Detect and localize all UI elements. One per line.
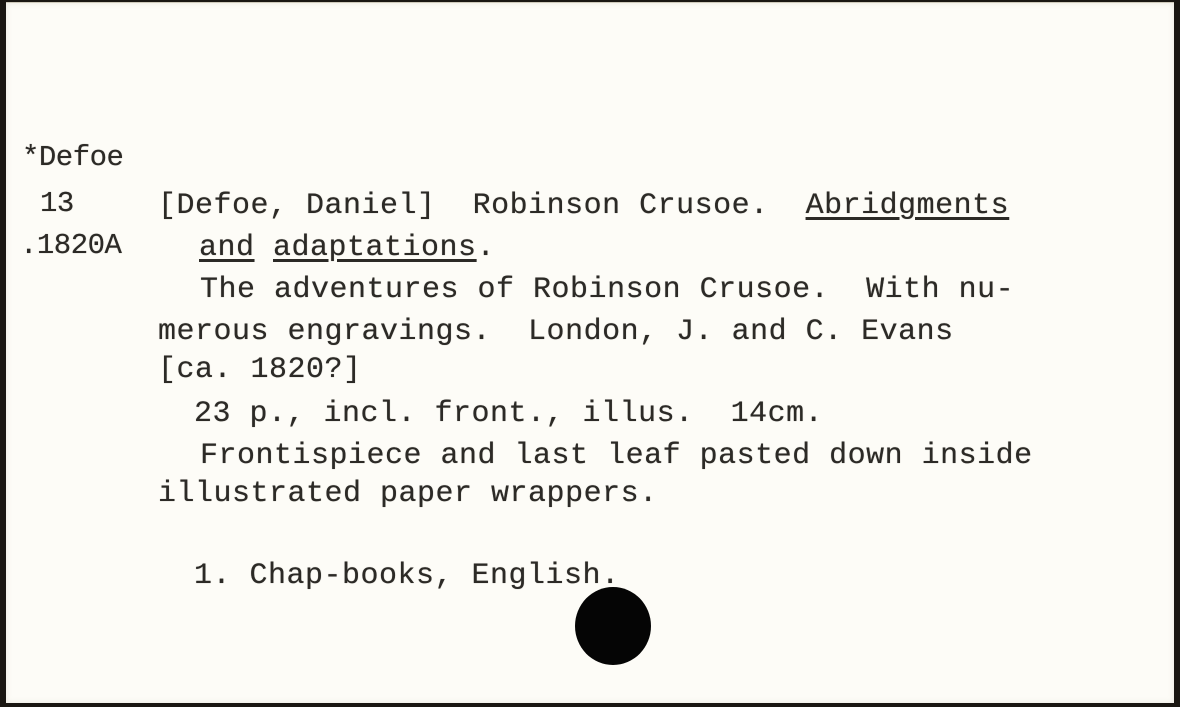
subject-subdivision-2b: adaptations	[273, 231, 477, 265]
title-line-1: The adventures of Robinson Crusoe. With …	[200, 275, 1014, 305]
subject-title: Robinson Crusoe.	[473, 189, 769, 223]
subject-subdivision-1: Abridgments	[806, 189, 1010, 223]
call-number-line-2: 13	[40, 189, 74, 218]
punch-hole	[575, 587, 651, 665]
heading-line-2: and adaptations.	[199, 233, 495, 263]
heading-line-1: [Defoe, Daniel] Robinson Crusoe. Abridgm…	[158, 191, 1009, 221]
title-line-3: [ca. 1820?]	[158, 355, 362, 385]
note-line-2: illustrated paper wrappers.	[158, 479, 658, 509]
call-number-line-3: .1820A	[20, 231, 121, 260]
collation: 23 p., incl. front., illus. 14cm.	[194, 399, 823, 429]
catalog-card: *Defoe 13 .1820A [Defoe, Daniel] Robinso…	[6, 2, 1174, 703]
title-line-2: merous engravings. London, J. and C. Eva…	[158, 317, 954, 347]
note-line-1: Frontispiece and last leaf pasted down i…	[200, 441, 1033, 471]
author-heading: [Defoe, Daniel]	[158, 189, 436, 223]
subject-tracing: 1. Chap-books, English.	[194, 561, 620, 591]
call-number-line-1: *Defoe	[22, 143, 123, 172]
subject-end: .	[477, 231, 496, 265]
subject-subdivision-2a: and	[199, 231, 255, 265]
